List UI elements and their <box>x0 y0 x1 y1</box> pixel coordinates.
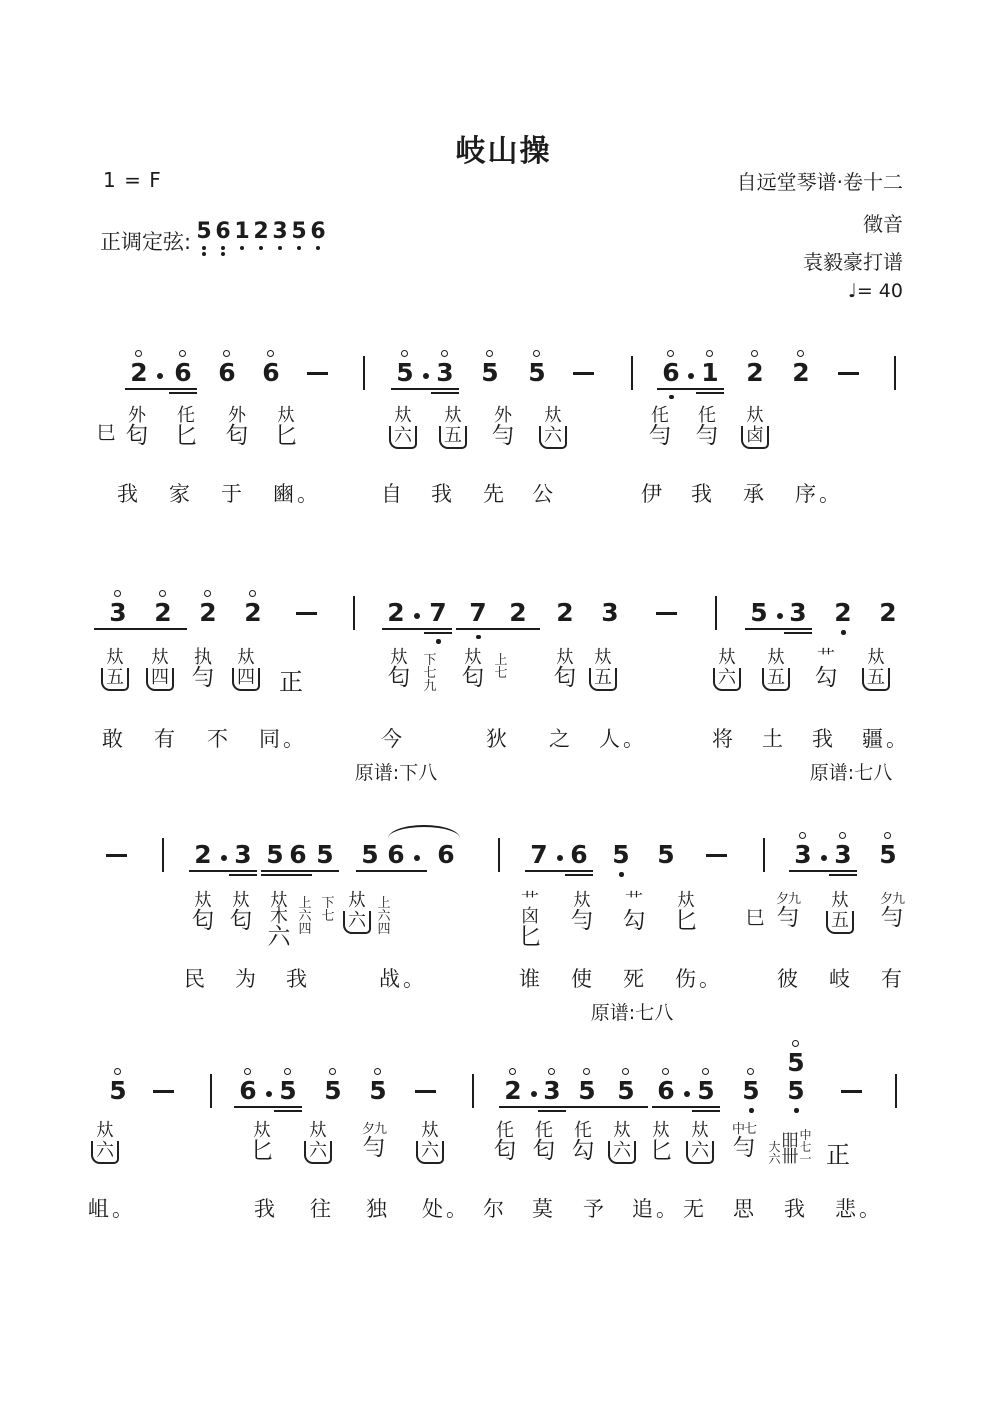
note-digit: 3 <box>429 359 461 386</box>
page-title: 岐山操 <box>0 126 1007 170</box>
low-octave-dot <box>669 395 674 400</box>
glyph-bottom: 勻 <box>732 1137 755 1160</box>
glyph-bottom: 匂 <box>226 425 249 448</box>
jianpu-note: 3 <box>227 830 259 892</box>
glyph-bottom: 五 <box>862 668 890 691</box>
low-octave-dot <box>202 252 206 256</box>
tablature-glyph: 夶匕 <box>675 893 698 933</box>
barline <box>894 356 896 390</box>
note-digit: 5 <box>272 1077 304 1104</box>
underline-beam <box>229 870 257 872</box>
glyph-top: 夶 <box>232 893 250 909</box>
harmonic-ring <box>374 1068 381 1075</box>
lyric-syllable: 独 <box>366 1193 390 1223</box>
glyph-top: 夶 <box>746 408 764 424</box>
glyph-bottom: 六 <box>91 1141 119 1164</box>
glyph-bottom: 六 <box>608 1141 636 1164</box>
tablature-marker: 正 <box>826 1135 850 1170</box>
lyric-syllable: 谁 <box>519 963 543 993</box>
glyph-bottom: 六 <box>713 668 741 691</box>
underline-beam <box>274 1110 302 1112</box>
tie-arc <box>388 825 460 841</box>
glyph-top: 夶 <box>394 408 412 424</box>
glyph-top: 木 <box>270 909 288 925</box>
jianpu-note: 2 <box>827 588 859 650</box>
glyph-bottom: 四 <box>232 668 260 691</box>
note-digit: 5 <box>309 841 341 868</box>
glyph-bottom: 五 <box>762 668 790 691</box>
note-digit: 5 <box>872 841 904 868</box>
underline-beam <box>784 628 812 630</box>
tuning-digit: 6 <box>306 220 330 244</box>
sustain-dash <box>573 372 594 375</box>
jianpu-note: 5 <box>317 1066 349 1128</box>
glyph-bottom: 勾 <box>623 910 646 933</box>
glyph-bottom: 勻 <box>492 425 515 448</box>
original-score-note: 原谱:七八 <box>810 758 892 785</box>
underline-beam <box>829 874 857 876</box>
underline-beam <box>456 628 500 630</box>
note-digit: 5 <box>650 841 682 868</box>
jianpu-note: 5 <box>780 1066 812 1128</box>
slide-char: 七 <box>321 910 334 923</box>
tablature-glyph: 中七勻 <box>732 1123 756 1160</box>
lyric-syllable: 有 <box>154 723 178 753</box>
tablature-glyph: 夶六 <box>539 408 567 449</box>
tuning-note: 6 <box>306 220 330 250</box>
tempo-marking: ♩= 40 <box>848 280 903 302</box>
jianpu-note: 5 <box>309 830 341 892</box>
jianpu-note: 6 <box>211 348 243 410</box>
harmonic-ring <box>667 350 674 357</box>
lyric-syllable: 战。 <box>379 963 427 993</box>
underline-beam <box>565 1106 609 1108</box>
lyric-syllable: 死 <box>623 963 647 993</box>
tablature-glyph: 夶六 <box>91 1123 119 1164</box>
sustain-dash <box>656 612 677 615</box>
tablature-glyph: 夶匕 <box>650 1123 673 1163</box>
tablature-glyph: 夶勻 <box>571 893 594 933</box>
lyric-syllable: 不 <box>207 723 231 753</box>
note-digit: 5 <box>474 359 506 386</box>
tablature-glyph: 仛匕 <box>175 408 198 448</box>
score-page: 岐山操 1 = F 自远堂琴谱·卷十二 徵音 袁毅豪打谱 ♩= 40 正调定弦:… <box>0 0 1007 1424</box>
note-digit: 5 <box>610 1077 642 1104</box>
glyph-bottom: 勻 <box>362 1137 385 1160</box>
glyph-bottom: 五 <box>101 668 129 691</box>
harmonic-ring <box>751 350 758 357</box>
glyph-top: 执 <box>194 650 212 666</box>
tablature-glyph: 夕九勻 <box>362 1123 386 1160</box>
note-digit: 6 <box>167 359 199 386</box>
jianpu-note: 5 <box>610 1066 642 1128</box>
glyph-bottom: 匂 <box>494 1140 517 1163</box>
glyph-bottom: 匕 <box>519 926 542 949</box>
harmonic-ring <box>792 1040 799 1047</box>
lyric-syllable: 悲。 <box>835 1193 883 1223</box>
harmonic-ring <box>884 832 891 839</box>
barline <box>763 838 765 872</box>
dot-glyph <box>414 855 420 861</box>
barline <box>363 356 365 390</box>
lyric-syllable: 伊 <box>641 478 665 508</box>
tablature-glyph: 夶卤 <box>741 408 769 449</box>
note-digit: 6 <box>255 359 287 386</box>
tablature-glyph: 执勻 <box>192 650 215 690</box>
tablature-glyph: 夶匂 <box>230 893 253 933</box>
glyph-bottom: 勻 <box>649 425 672 448</box>
harmonic-ring <box>244 1068 251 1075</box>
glyph-top: 夶 <box>573 893 591 909</box>
glyph-top: 夶 <box>831 893 849 909</box>
note-digit: 5 <box>521 359 553 386</box>
glyph-top: 外 <box>128 408 146 424</box>
note-digit: 3 <box>536 1077 568 1104</box>
cluster-column: 昍卌 <box>782 1133 799 1165</box>
note-digit: 2 <box>192 599 224 626</box>
tablature-glyph: 夶六 <box>304 1123 332 1164</box>
glyph-top: 夶 <box>277 408 295 424</box>
tablature-glyph: 外匂 <box>126 408 149 448</box>
jianpu-note: 5 <box>690 1066 722 1128</box>
original-score-note: 原谱:下八 <box>355 758 437 785</box>
lyric-syllable: 我 <box>691 478 715 508</box>
tablature-glyph: 夶木六 <box>268 893 291 949</box>
glyph-top: 夶 <box>867 650 885 666</box>
glyph-top: 仛 <box>496 1123 514 1139</box>
underline-beam <box>431 392 459 394</box>
lyric-syllable: 我 <box>286 963 310 993</box>
tablature-glyph: 夶六 <box>389 408 417 449</box>
tablature-glyph: 夶匂 <box>554 650 577 690</box>
harmonic-ring <box>249 590 256 597</box>
harmonic-ring <box>509 1068 516 1075</box>
underline-beam <box>311 870 339 872</box>
transcriber-credit: 袁毅豪打谱 <box>803 246 903 275</box>
tablature-glyph: 夕九勻 <box>880 893 904 930</box>
tablature-glyph: 仛勾 <box>572 1123 595 1163</box>
low-octave-dot <box>278 246 282 250</box>
tablature-glyph: 仛匂 <box>494 1123 517 1163</box>
lyric-syllable: 莫 <box>532 1193 556 1223</box>
note-digit: 2 <box>147 599 179 626</box>
glyph-bottom: 匕 <box>175 425 198 448</box>
note-digit: 2 <box>739 359 771 386</box>
glyph-top: 艹 <box>625 893 643 909</box>
low-octave-dot <box>749 1108 754 1113</box>
note-digit: 2 <box>502 599 534 626</box>
jianpu-note: 5 <box>571 1066 603 1128</box>
harmonic-ring <box>797 350 804 357</box>
glyph-top: 夶 <box>309 1123 327 1139</box>
original-score-note: 原谱:七八 <box>591 998 673 1025</box>
lyric-syllable: 于 <box>221 478 245 508</box>
harmonic-ring <box>135 350 142 357</box>
lyric-syllable: 思 <box>733 1193 757 1223</box>
underline-beam <box>424 632 452 634</box>
lyric-syllable: 追。 <box>632 1193 680 1223</box>
jianpu-note: 5 <box>650 830 682 892</box>
note-digit: 6 <box>563 841 595 868</box>
tablature-glyph: 夶四 <box>232 650 260 691</box>
slide-annotation: 下七九 <box>423 654 436 693</box>
note-digit: 5 <box>690 1077 722 1104</box>
tablature-glyph: 夶五 <box>589 650 617 691</box>
jianpu-note: 5 <box>272 1066 304 1128</box>
underline-beam <box>565 870 593 872</box>
harmonic-marker: 巳 <box>745 903 764 930</box>
underline-beam <box>229 874 257 876</box>
note-digit: 6 <box>211 359 243 386</box>
harmonic-ring <box>706 350 713 357</box>
lyric-syllable: 我 <box>254 1193 278 1223</box>
glyph-bottom: 六 <box>343 911 371 934</box>
glyph-bottom: 匂 <box>533 1140 556 1163</box>
glyph-top: 仛 <box>651 408 669 424</box>
glyph-bottom: 六 <box>686 1141 714 1164</box>
underline-beam <box>169 392 197 394</box>
tuning-label: 正调定弦: <box>100 226 191 256</box>
glyph-top: 夶 <box>106 650 124 666</box>
sustain-dash <box>841 1090 862 1093</box>
note-digit: 7 <box>422 599 454 626</box>
low-octave-dot <box>436 639 441 644</box>
note-digit: 3 <box>782 599 814 626</box>
underline-beam <box>692 1106 720 1108</box>
low-octave-dot <box>221 246 225 250</box>
harmonic-ring <box>583 1068 590 1075</box>
glyph-bottom: 五 <box>589 668 617 691</box>
jianpu-note: 6 <box>563 830 595 892</box>
harmonic-ring <box>662 1068 669 1075</box>
glyph-bottom: 四 <box>146 668 174 691</box>
jianpu-note: 5 <box>735 1066 767 1128</box>
glyph-bottom: 勾 <box>572 1140 595 1163</box>
note-digit: 5 <box>571 1077 603 1104</box>
glyph-bottom: 六 <box>389 426 417 449</box>
glyph-top: 囟 <box>521 909 539 925</box>
lyric-syllable: 豳。 <box>273 478 321 508</box>
jianpu-note: 7 <box>462 588 494 650</box>
tablature-glyph: 夶匕 <box>275 408 298 448</box>
note-digit: 5 <box>735 1077 767 1104</box>
lyric-syllable: 予 <box>583 1193 607 1223</box>
note-digit: 5 <box>780 1077 812 1104</box>
jianpu-note: 5 <box>362 1066 394 1128</box>
barline <box>715 596 717 630</box>
slide-char: 九 <box>423 680 436 693</box>
harmonic-ring <box>114 590 121 597</box>
underline-beam <box>538 1110 566 1112</box>
glyph-top: 夶 <box>767 650 785 666</box>
glyph-bottom: 匕 <box>650 1140 673 1163</box>
barline <box>498 838 500 872</box>
harmonic-ring <box>839 832 846 839</box>
note-digit: 3 <box>102 599 134 626</box>
underline-beam <box>424 628 452 630</box>
lyric-syllable: 先 <box>483 478 507 508</box>
glyph-top: 夶 <box>194 893 212 909</box>
note-digit: 2 <box>549 599 581 626</box>
tablature-glyph: 夶匕 <box>251 1123 274 1163</box>
harmonic-marker: 巳 <box>96 418 115 445</box>
note-digit: 2 <box>827 599 859 626</box>
lyric-syllable: 敢 <box>102 723 126 753</box>
jianpu-note: 2 <box>192 588 224 650</box>
lyric-syllable: 土 <box>762 723 786 753</box>
tablature-glyph: 艹囟匕 <box>519 893 542 949</box>
glyph-bottom: 勻 <box>776 907 799 930</box>
glyph-top: 仛 <box>535 1123 553 1139</box>
tablature-glyph: 夶五 <box>101 650 129 691</box>
glyph-top: 夶 <box>677 893 695 909</box>
dot-glyph <box>414 613 420 619</box>
glyph-bottom: 五 <box>439 426 467 449</box>
barline <box>353 596 355 630</box>
underline-beam <box>431 388 459 390</box>
tablature-glyph: 仛勻 <box>649 408 672 448</box>
harmonic-ring <box>702 1068 709 1075</box>
glyph-bottom: 匕 <box>251 1140 274 1163</box>
low-octave-dot <box>297 246 301 250</box>
note-digit: 2 <box>872 599 904 626</box>
lyric-syllable: 彼 <box>777 963 801 993</box>
sustain-dash <box>106 854 127 857</box>
barline <box>895 1074 897 1108</box>
jianpu-note: 7 <box>422 588 454 650</box>
jianpu-note: 1 <box>694 348 726 410</box>
glyph-top: 夶 <box>444 408 462 424</box>
harmonic-ring <box>533 350 540 357</box>
jianpu-note: 2 <box>147 588 179 650</box>
glyph-bottom: 勻 <box>192 667 215 690</box>
key-signature: 1 = F <box>103 168 162 192</box>
low-octave-dot <box>202 246 206 250</box>
underline-beam <box>94 628 142 630</box>
cluster-char: 六 <box>768 1153 780 1165</box>
note-digit: 3 <box>227 841 259 868</box>
note-digit: 5 <box>605 841 637 868</box>
glyph-top: 夶 <box>556 650 574 666</box>
low-octave-dot <box>316 246 320 250</box>
glyph-top: 外 <box>228 408 246 424</box>
lyric-syllable: 疆。 <box>862 723 910 753</box>
glyph-bottom: 勻 <box>696 425 719 448</box>
harmonic-ring <box>799 832 806 839</box>
glyph-bottom: 匂 <box>126 425 149 448</box>
glyph-top: 夶 <box>348 893 366 909</box>
slide-annotation: 下七 <box>321 897 334 923</box>
cluster-column: 大六 <box>768 1141 780 1165</box>
glyph-bottom: 匂 <box>388 667 411 690</box>
tablature-glyph: 艹勾 <box>623 893 646 933</box>
tablature-glyph: 仛勻 <box>696 408 719 448</box>
harmonic-ring <box>401 350 408 357</box>
tablature-glyph: 夶六 <box>608 1123 636 1164</box>
harmonic-ring <box>114 1068 121 1075</box>
sustain-dash <box>706 854 727 857</box>
underline-beam <box>284 874 312 876</box>
glyph-bottom: 六 <box>539 426 567 449</box>
low-octave-dot <box>259 246 263 250</box>
glyph-top: 夶 <box>151 650 169 666</box>
glyph-top: 夶 <box>237 650 255 666</box>
glyph-bottom: 六 <box>268 926 291 949</box>
underline-beam <box>139 628 187 630</box>
glyph-top: 夶 <box>652 1123 670 1139</box>
jianpu-note: 5 <box>474 348 506 410</box>
underline-beam <box>696 392 724 394</box>
glyph-bottom: 勻 <box>880 907 903 930</box>
harmonic-ring <box>179 350 186 357</box>
sustain-dash <box>296 612 317 615</box>
sustain-dash <box>415 1090 436 1093</box>
barline <box>631 356 633 390</box>
slide-annotation: 上六四 <box>377 897 390 936</box>
cluster-char: 卌 <box>782 1149 799 1165</box>
glyph-bottom: 六 <box>304 1141 332 1164</box>
underline-beam <box>784 632 812 634</box>
underline-beam <box>538 1106 566 1108</box>
tablature-glyph: 夶六 <box>416 1123 444 1164</box>
glyph-top: 夶 <box>544 408 562 424</box>
jianpu-note: 5 <box>521 348 553 410</box>
glyph-top: 仛 <box>177 408 195 424</box>
tablature-glyph: 夶四 <box>146 650 174 691</box>
lyric-syllable: 为 <box>235 963 259 993</box>
lyric-syllable: 公 <box>532 478 556 508</box>
glyph-bottom: 勾 <box>815 667 838 690</box>
glyph-top: 夶 <box>253 1123 271 1139</box>
tablature-glyph: 夶五 <box>862 650 890 691</box>
underline-beam <box>274 1106 302 1108</box>
jianpu-note: 5 <box>872 830 904 892</box>
note-digit: 6 <box>430 841 462 868</box>
harmonic-ring <box>486 350 493 357</box>
tablature-glyph: 夶匂 <box>192 893 215 933</box>
low-octave-dot <box>476 635 481 640</box>
glyph-top: 仛 <box>574 1123 592 1139</box>
glyph-bottom: 五 <box>826 911 854 934</box>
low-octave-dot <box>221 252 225 256</box>
tablature-glyph: 夶五 <box>826 893 854 934</box>
tablature-glyph: 夶匂 <box>388 650 411 690</box>
jianpu-note: 6 <box>255 348 287 410</box>
glyph-top: 艹 <box>817 650 835 666</box>
tablature-glyph: 夶五 <box>439 408 467 449</box>
harmonic-ring <box>267 350 274 357</box>
tablature-glyph: 夶六 <box>713 650 741 691</box>
tablature-glyph: 外勻 <box>492 408 515 448</box>
lyric-syllable: 尔 <box>483 1193 507 1223</box>
harmonic-ring <box>159 590 166 597</box>
tablature-glyph: 仛匂 <box>533 1123 556 1163</box>
underline-beam <box>692 1110 720 1112</box>
glyph-bottom: 匂 <box>554 667 577 690</box>
lyric-syllable: 民 <box>184 963 208 993</box>
low-octave-dot <box>240 246 244 250</box>
note-digit: 7 <box>462 599 494 626</box>
lyric-syllable: 狄 <box>486 723 510 753</box>
tablature-cluster: 大六昍卌中七一 <box>768 1129 811 1165</box>
underline-beam <box>496 628 540 630</box>
underline-beam <box>829 870 857 872</box>
low-octave-dot <box>841 630 846 635</box>
glyph-bottom: 六 <box>416 1141 444 1164</box>
underline-beam <box>565 874 593 876</box>
underline-beam <box>696 388 724 390</box>
tablature-glyph: 艹勾 <box>815 650 838 690</box>
